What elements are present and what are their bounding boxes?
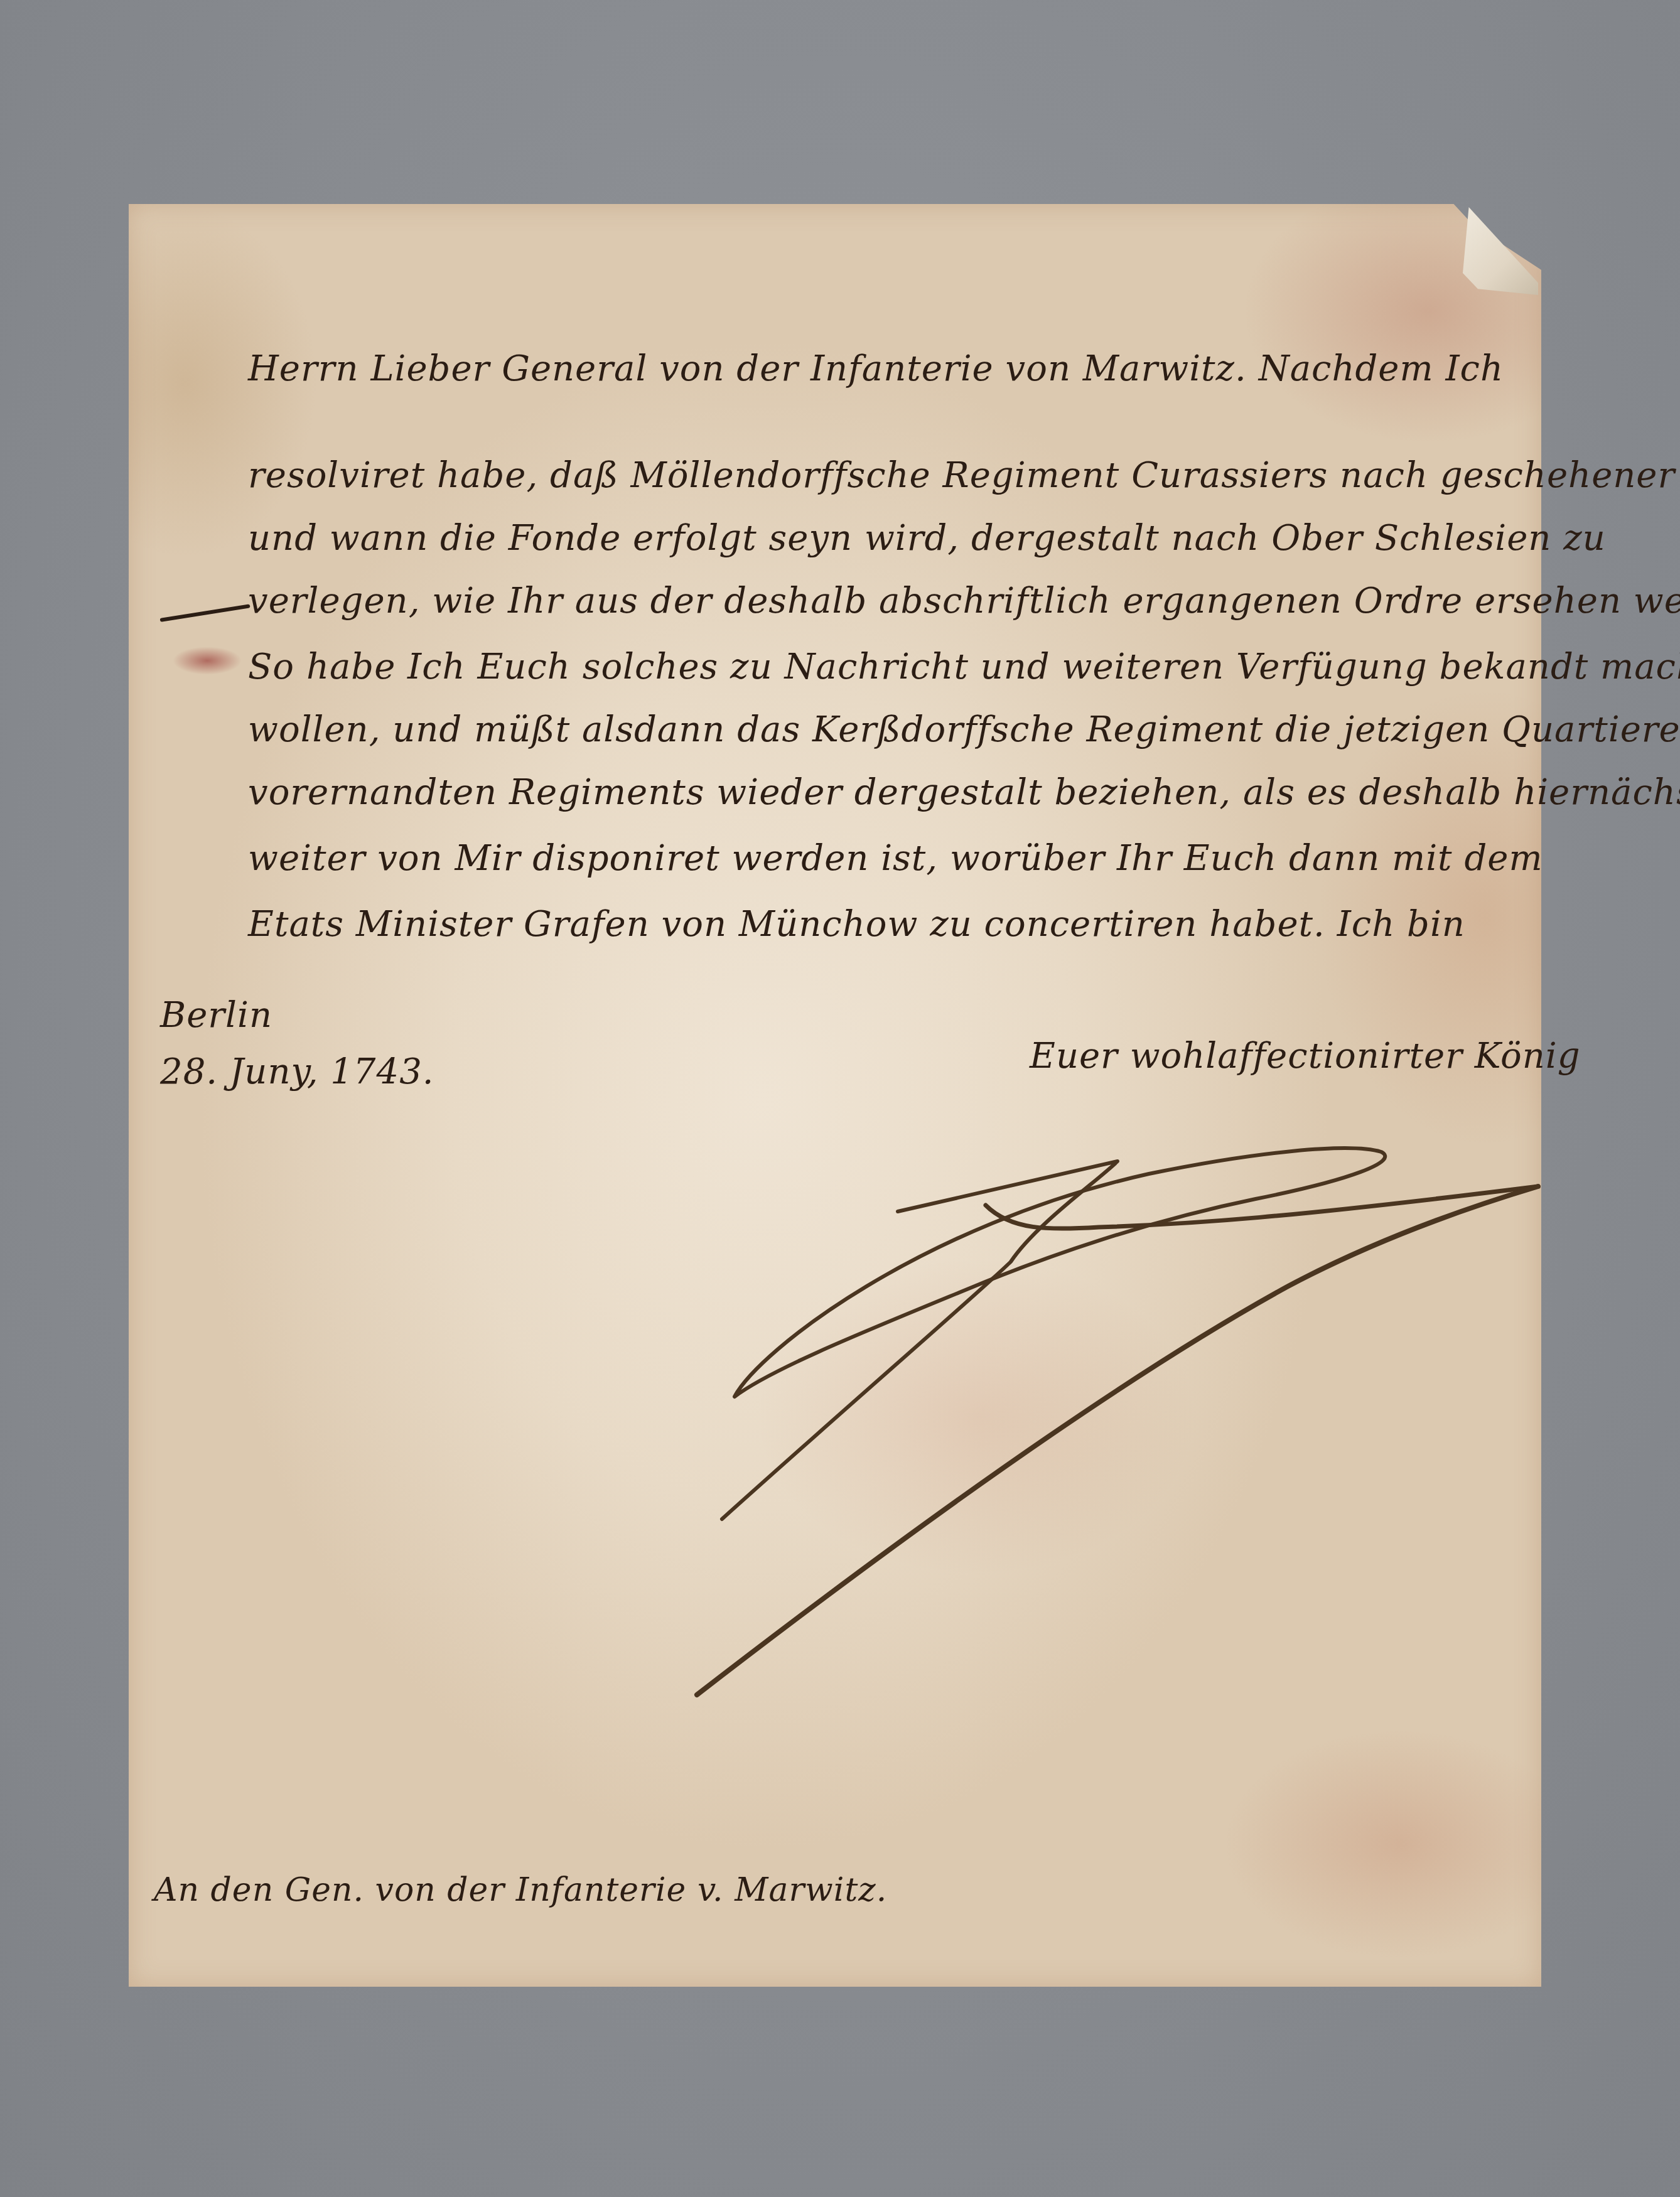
body-line-1: Herrn Lieber General von der Infanterie … [248, 352, 1504, 387]
ink-stain [173, 647, 242, 675]
body-line-5: So habe Ich Euch solches zu Nachricht un… [248, 650, 1680, 685]
body-line-9: Etats Minister Grafen von Münchow zu con… [248, 907, 1465, 942]
body-line-8: weiter von Mir disponiret werden ist, wo… [248, 841, 1543, 876]
place-line: Berlin [160, 998, 272, 1033]
body-line-7: vorernandten Regiments wieder dergestalt… [248, 775, 1680, 810]
body-line-4: verlegen, wie Ihr aus der deshalb abschr… [248, 584, 1680, 619]
body-line-3: und wann die Fonde erfolgt seyn wird, de… [248, 521, 1606, 556]
royal-signature [659, 1080, 1570, 1707]
body-line-2: resolviret habe, daß Möllendorffsche Reg… [248, 458, 1680, 493]
body-line-6: wollen, und müßt alsdann das Kerßdorffsc… [248, 712, 1680, 748]
address-line: An den Gen. von der Infanterie v. Marwit… [154, 1874, 887, 1906]
closing-line: Euer wohlaffectionirter König [1030, 1039, 1581, 1074]
date-line: 28. Juny, 1743. [160, 1055, 434, 1090]
